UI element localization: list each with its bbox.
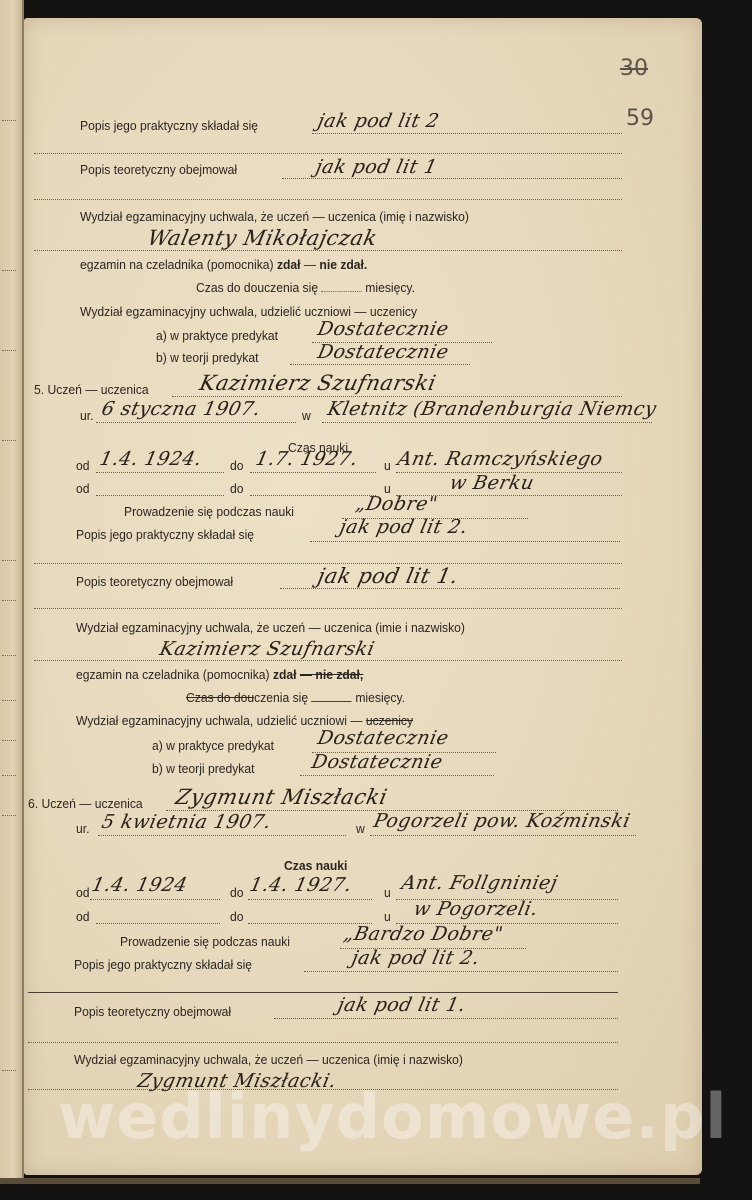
entry6-practical-value: jak pod lit 2. bbox=[350, 947, 482, 969]
practical-label: Popis jego praktyczny składał się bbox=[74, 957, 252, 972]
left-page-edge bbox=[0, 0, 24, 1178]
field-line bbox=[172, 396, 622, 397]
exam-dash: — bbox=[304, 257, 316, 272]
exam-failed: nie zdał. bbox=[319, 257, 367, 272]
margin-dots bbox=[2, 600, 16, 601]
entry6-at-value: Ant. Follgniniej bbox=[400, 872, 560, 894]
page-bottom-edge bbox=[0, 1178, 700, 1184]
grade-label: Wydział egzaminacyjny uchwala, udzielić … bbox=[80, 304, 417, 319]
margin-dots bbox=[2, 815, 16, 816]
entry5-born-value: 6 styczna 1907. bbox=[100, 398, 263, 420]
decision-label: Wydział egzaminacyjny uchwala, że uczeń … bbox=[76, 620, 465, 635]
field-line bbox=[370, 835, 636, 836]
exam-failed-struck: — nie zdał, bbox=[300, 667, 363, 682]
field-line bbox=[34, 199, 622, 200]
entry5-born-label: ur. bbox=[80, 408, 93, 423]
practice-grade-label: a) w praktyce predykat bbox=[152, 738, 274, 753]
decision-label: Wydział egzaminacyjny uchwala, że uczeń … bbox=[74, 1052, 463, 1067]
extra-time-label: czenia się bbox=[254, 690, 308, 705]
theory-label: Popis teoretyczny obejmował bbox=[74, 1004, 231, 1019]
entry6-place-label: w bbox=[356, 821, 365, 836]
field-line bbox=[34, 250, 622, 251]
field-line bbox=[34, 608, 622, 609]
extra-time-struck: Czas do dou bbox=[186, 690, 254, 705]
from-label: od bbox=[76, 885, 89, 900]
from-label: od bbox=[76, 458, 89, 473]
theory-grade-value: Dostatecznie bbox=[316, 341, 451, 363]
extra-time-suffix: miesięcy. bbox=[355, 690, 405, 705]
practical-label: Popis jego praktyczny składał się bbox=[80, 118, 258, 133]
entry5-theory-grade-value: Dostatecznie bbox=[310, 751, 445, 773]
exam-passed: zdał bbox=[273, 667, 297, 682]
exam-label: egzamin na czeladnika (pomocnika) bbox=[80, 257, 274, 272]
field-line bbox=[34, 153, 622, 154]
theory-label: Popis teoretyczny obejmował bbox=[76, 574, 233, 589]
margin-dots bbox=[2, 740, 16, 741]
field-line bbox=[274, 1018, 618, 1019]
theory-grade-label: b) w teorji predykat bbox=[156, 350, 258, 365]
field-line bbox=[310, 541, 620, 542]
at-label: u bbox=[384, 458, 391, 473]
entry5-name: Kazimierz Szufnarski bbox=[197, 371, 438, 395]
margin-dots bbox=[2, 655, 16, 656]
entry5-at2-value: w Berku bbox=[448, 472, 537, 494]
practical-label: Popis jego praktyczny składał się bbox=[76, 527, 254, 542]
entry5-place-value: Kletnitz (Brandenburgia Niemcy bbox=[326, 398, 659, 420]
entry5-theory-value: jak pod lit 1. bbox=[315, 564, 460, 588]
field-line bbox=[34, 660, 622, 661]
field-line bbox=[96, 495, 224, 496]
entry6-from-value: 1.4. 1924 bbox=[90, 874, 190, 896]
to-label: do bbox=[230, 458, 243, 473]
grade-label-struck: uczenicy bbox=[366, 713, 413, 728]
entry6-place-value: Pogorzeli pow. Koźminski bbox=[372, 810, 633, 832]
entry6-conduct-value: „Bardzo Dobre" bbox=[342, 923, 505, 945]
extra-time-suffix: miesięcy. bbox=[365, 280, 415, 295]
at-label: u bbox=[384, 909, 391, 924]
field-line bbox=[28, 992, 618, 993]
field-line bbox=[322, 422, 652, 423]
at-label: u bbox=[384, 885, 391, 900]
field-line bbox=[290, 364, 470, 365]
field-line bbox=[96, 472, 224, 473]
entry6-born-value: 5 kwietnia 1907. bbox=[100, 811, 274, 833]
entry5-at-value: Ant. Ramczyńskiego bbox=[396, 448, 605, 470]
entry6-name: Zygmunt Miszłacki bbox=[173, 785, 389, 809]
from-label: od bbox=[76, 481, 89, 496]
decision-name: Walenty Mikołajczak bbox=[145, 226, 379, 250]
entry5-decision-name: Kazimierz Szufnarski bbox=[158, 638, 377, 660]
margin-dots bbox=[2, 350, 16, 351]
entry6-to-value: 1.4. 1927. bbox=[248, 874, 354, 896]
extra-time-label: Czas do douczenia się bbox=[196, 280, 318, 295]
entry5-place-label: w bbox=[302, 408, 311, 423]
field-line bbox=[98, 835, 346, 836]
exam-result-line: egzamin na czeladnika (pomocnika) zdał —… bbox=[80, 257, 367, 272]
field-line bbox=[280, 588, 620, 589]
conduct-label: Prowadzenie się podczas nauki bbox=[124, 504, 294, 519]
entry6-number-label: 6. Uczeń — uczenica bbox=[28, 796, 143, 811]
grade-line: Wydział egzaminacyjny uchwala, udzielić … bbox=[76, 713, 413, 728]
page-number-crossed: 30 bbox=[620, 56, 648, 81]
to-label: do bbox=[230, 909, 243, 924]
entry6-study-time-label: Czas nauki bbox=[284, 858, 347, 873]
extra-time-line: Czas do douczenia się miesięcy. bbox=[186, 690, 405, 705]
practical-value: jak pod lit 2 bbox=[316, 110, 442, 132]
extra-time-line: Czas do douczenia się miesięcy. bbox=[196, 280, 415, 295]
entry5-conduct-value: „Dobre" bbox=[354, 493, 440, 515]
margin-dots bbox=[2, 120, 16, 121]
field-line bbox=[282, 178, 622, 179]
exam-result-line: egzamin na czeladnika (pomocnika) zdał —… bbox=[76, 667, 363, 682]
field-line bbox=[90, 899, 220, 900]
from-label: od bbox=[76, 909, 89, 924]
practice-grade-value: Dostatecznie bbox=[316, 318, 451, 340]
practice-grade-label: a) w praktyce predykat bbox=[156, 328, 278, 343]
margin-dots bbox=[2, 440, 16, 441]
decision-label: Wydział egzaminacyjny uchwala, że uczeń … bbox=[80, 209, 469, 224]
field-line bbox=[28, 1042, 618, 1043]
entry6-born-label: ur. bbox=[76, 821, 89, 836]
conduct-label: Prowadzenie się podczas nauki bbox=[120, 934, 290, 949]
field-line bbox=[96, 422, 296, 423]
page-number: 59 bbox=[626, 106, 654, 131]
margin-dots bbox=[2, 775, 16, 776]
margin-dots bbox=[2, 700, 16, 701]
field-line bbox=[300, 775, 494, 776]
to-label: do bbox=[230, 481, 243, 496]
entry6-theory-value: jak pod lit 1. bbox=[336, 994, 468, 1016]
entry5-practical-value: jak pod lit 2. bbox=[338, 516, 470, 538]
grade-label: Wydział egzaminacyjny uchwala, udzielić … bbox=[76, 713, 362, 728]
theory-value: jak pod lit 1 bbox=[314, 156, 440, 178]
exam-label: egzamin na czeladnika (pomocnika) bbox=[76, 667, 270, 682]
field-line bbox=[304, 971, 618, 972]
entry6-at2-value: w Pogorzeli. bbox=[412, 898, 541, 920]
field-line bbox=[250, 472, 376, 473]
field-line bbox=[312, 133, 622, 134]
exam-passed: zdał bbox=[277, 257, 301, 272]
entry5-practice-grade-value: Dostatecznie bbox=[316, 727, 451, 749]
theory-label: Popis teoretyczny obejmował bbox=[80, 162, 237, 177]
margin-dots bbox=[2, 1070, 16, 1071]
entry5-from-value: 1.4. 1924. bbox=[98, 448, 204, 470]
theory-grade-label: b) w teorji predykat bbox=[152, 761, 254, 776]
field-line bbox=[248, 899, 372, 900]
margin-dots bbox=[2, 270, 16, 271]
entry5-to-value: 1.7. 1927. bbox=[254, 448, 360, 470]
entry5-number-label: 5. Uczeń — uczenica bbox=[34, 382, 149, 397]
margin-dots bbox=[2, 560, 16, 561]
watermark: wedlinydomowe.pl bbox=[58, 1080, 698, 1153]
field-line bbox=[96, 923, 220, 924]
to-label: do bbox=[230, 885, 243, 900]
